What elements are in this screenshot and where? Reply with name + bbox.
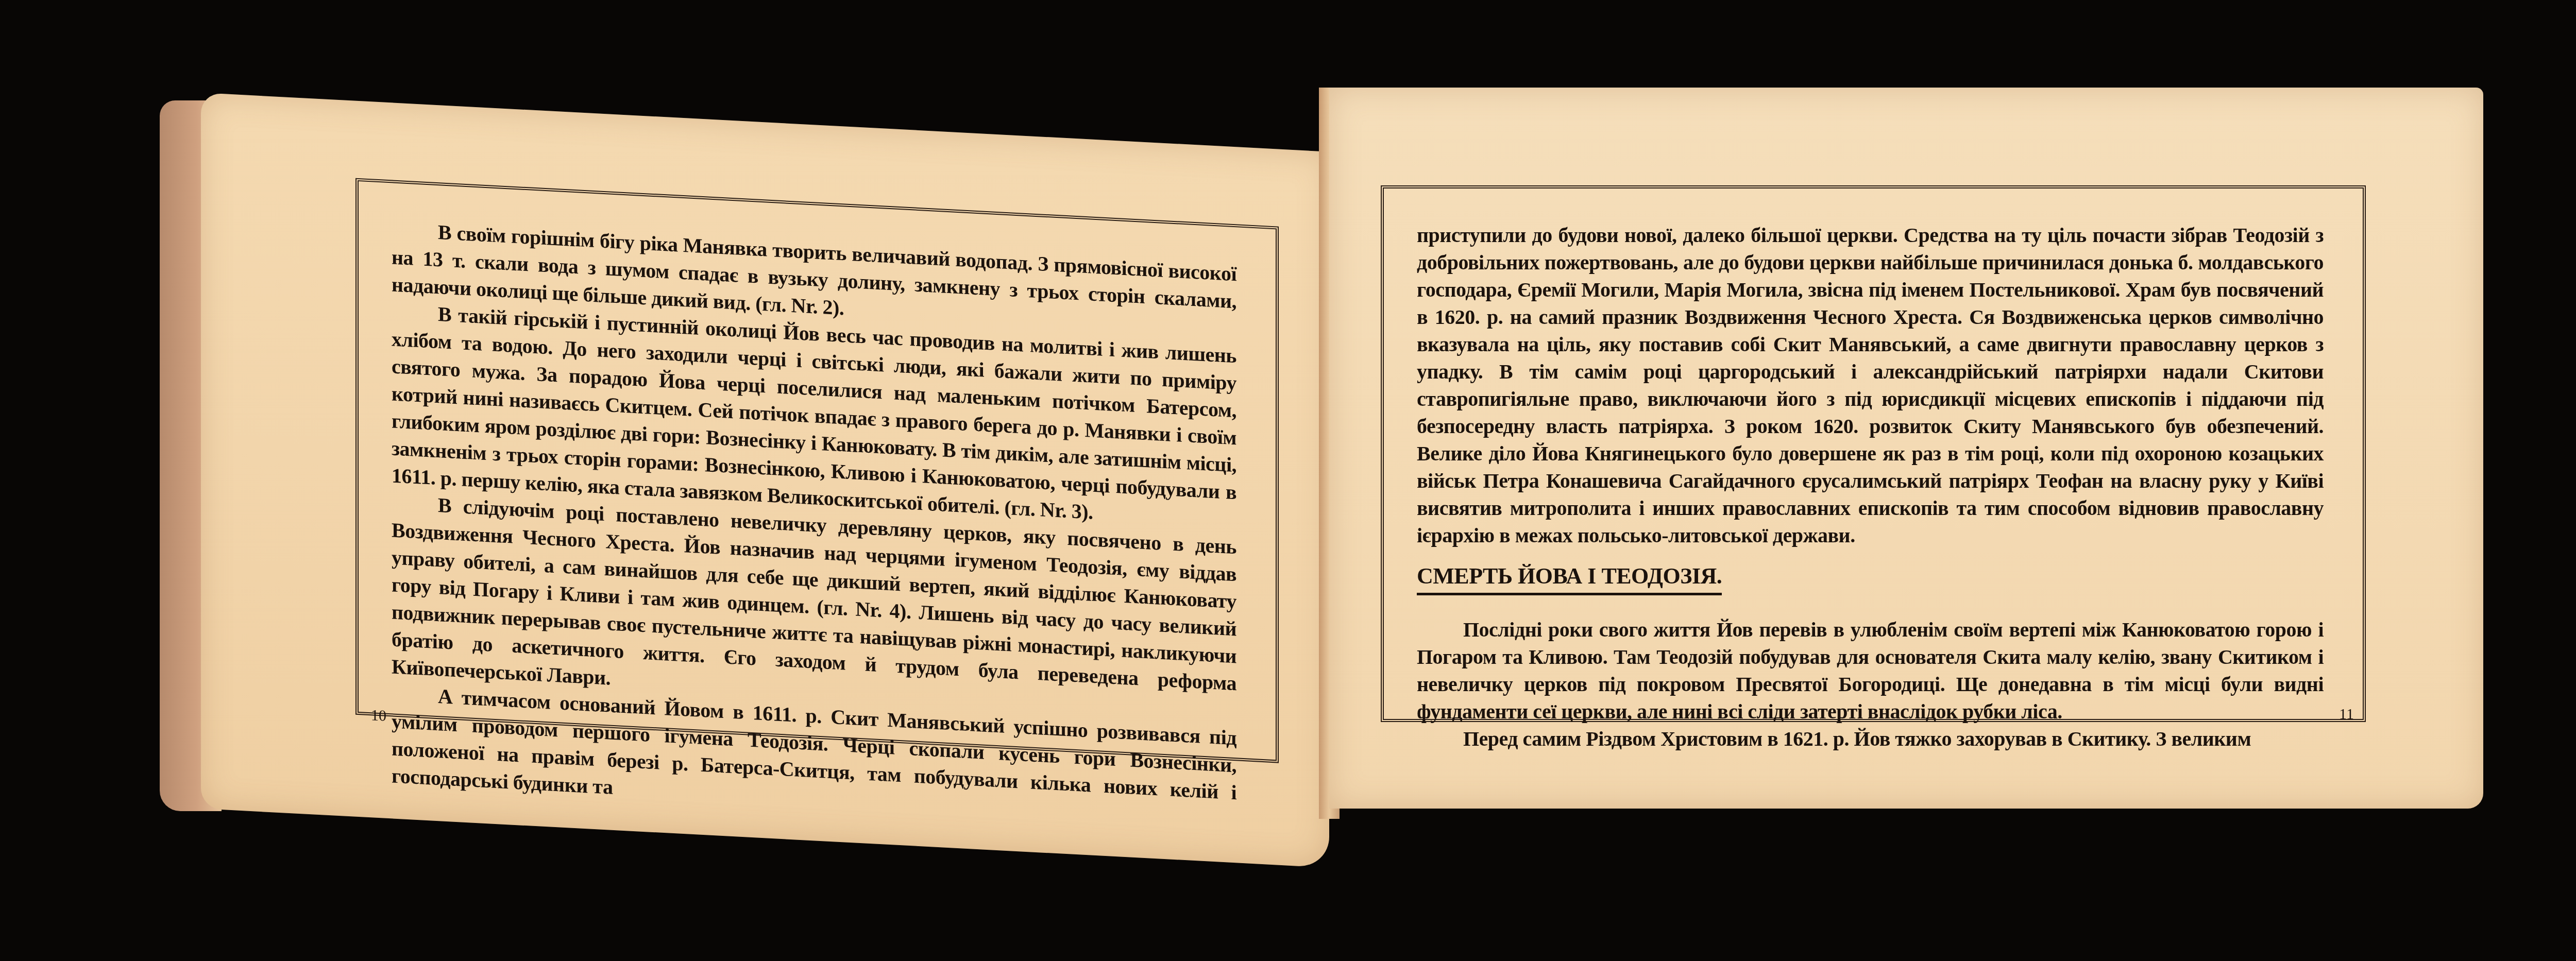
page-number: 11 <box>2339 706 2354 723</box>
section-heading: СМЕРТЬ ЙОВА І ТЕОДОЗІЯ. <box>1417 562 1722 595</box>
left-page-text: В своїм горішнім бігу ріка Манявка твори… <box>392 216 1236 833</box>
right-page: приступили до будови нової, далеко більш… <box>1329 88 2483 809</box>
page-number: 10 <box>371 707 386 725</box>
left-page: В своїм горішнім бігу ріка Манявка твори… <box>201 93 1329 868</box>
paragraph: приступили до будови нової, далеко більш… <box>1417 221 2324 549</box>
right-page-text: приступили до будови нової, далеко більш… <box>1417 221 2324 752</box>
paragraph: Послідні роки свого життя Йов перевів в … <box>1417 616 2324 725</box>
paragraph: Перед самим Різдвом Христовим в 1621. р.… <box>1417 725 2324 752</box>
